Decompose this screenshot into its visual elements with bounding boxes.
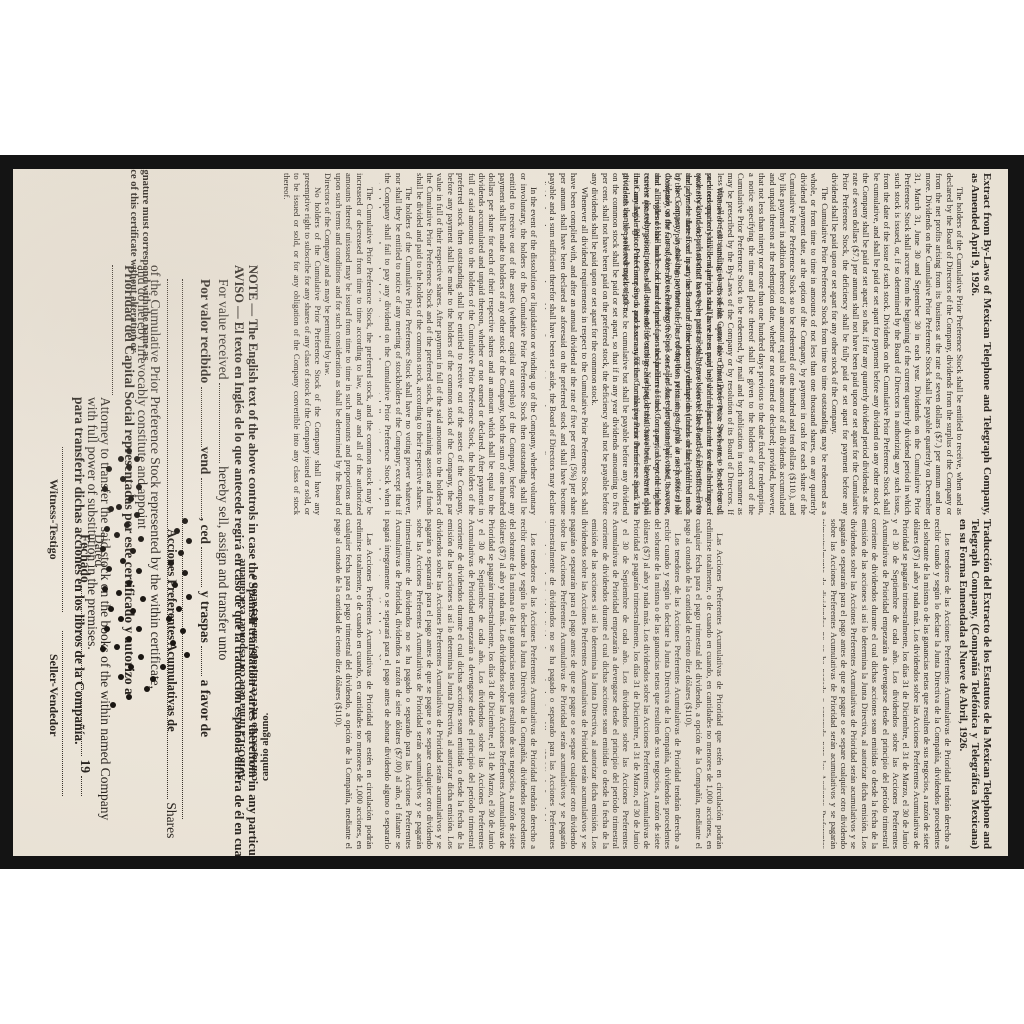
seller-label: Seller-Vendedor xyxy=(46,654,61,736)
english-paragraph-3: Whenever full cumulative dividends upon … xyxy=(590,173,725,515)
english-paragraph-6: The holders of the Cumulative Prior Pref… xyxy=(379,173,414,515)
perforation-dot xyxy=(114,644,120,650)
english-extract-column-1: Extract from By-Laws of Mexican Telephon… xyxy=(823,173,993,515)
perforation-dot xyxy=(138,536,144,542)
aviso-signature-notice: AVISO: La firma debe corresponder exacta… xyxy=(237,551,272,781)
transfer-line-spanish: Por valor recibido vend , ced y traspas … xyxy=(198,279,213,737)
perforation-dot xyxy=(106,466,112,472)
english-paragraph-1: The holders of the Cumulative Prior Pref… xyxy=(830,173,965,515)
perforation-dot xyxy=(160,664,166,670)
perforation-dot xyxy=(130,608,136,614)
perforation-dot xyxy=(128,664,134,670)
perforation-dot xyxy=(110,702,116,708)
attorney-blank-line[interactable] xyxy=(107,265,125,395)
perforation-dot xyxy=(120,476,126,482)
perforation-dot xyxy=(118,616,124,622)
english-extract-column-3: In the event of the dissolution or liqui… xyxy=(379,173,539,515)
perforation-dot xyxy=(100,546,106,552)
perforation-dot xyxy=(126,464,132,470)
perforation-dot xyxy=(116,590,122,596)
transfer-line-english: For value received hereby sell, assign a… xyxy=(216,279,231,660)
perforation-dot xyxy=(136,568,142,574)
spanish-paragraph-2b: Las Acciones Preferentes Acumulativas de… xyxy=(683,519,725,849)
perforation-dot xyxy=(186,594,192,600)
perforation-dot xyxy=(150,676,156,682)
perforation-dot xyxy=(166,616,172,622)
perforation-dot xyxy=(126,448,132,454)
perforation-dot xyxy=(102,586,108,592)
perforation-dot xyxy=(184,652,190,658)
perforation-dot xyxy=(100,646,106,652)
perforation-dot xyxy=(106,566,112,572)
buyer-blank[interactable] xyxy=(219,383,230,463)
perforation-dot xyxy=(174,528,180,534)
perforation-dot xyxy=(172,582,178,588)
year-blank[interactable] xyxy=(81,776,92,796)
perforation-dot xyxy=(118,674,124,680)
perforation-dot xyxy=(124,522,130,528)
perforation-dot xyxy=(134,456,140,462)
perforation-dot xyxy=(176,606,182,612)
english-extract-heading: Extract from By-Laws of Mexican Telephon… xyxy=(969,173,993,515)
perforation-dot xyxy=(104,626,110,632)
spanish-extract-heading: Traducción del Extracto de los Estatutos… xyxy=(957,519,993,849)
perforation-dot xyxy=(130,548,136,554)
english-paragraph-7: The Cumulative Prior Preference Stock, t… xyxy=(323,173,375,515)
transferee-blank-line[interactable] xyxy=(177,279,195,819)
perforation-dot xyxy=(126,694,132,700)
perforation-dot xyxy=(170,640,176,646)
spanish-paragraph-1b: Los tenedores de las Acciones Preferente… xyxy=(545,519,683,849)
spanish-extract-column-4: Las Acciones Preferentes Acumulativas de… xyxy=(260,519,375,849)
perforation-dot xyxy=(180,628,186,634)
perforation-dot xyxy=(136,484,142,490)
perforation-dot xyxy=(108,506,114,512)
perforation-dot xyxy=(102,486,108,492)
spanish-paragraph-1c: Los tenedores de las Acciones Preferente… xyxy=(379,519,539,849)
perforation-dot xyxy=(138,654,144,660)
perforation-dot xyxy=(126,636,132,642)
spanish-extract-column-1: Traducción del Extracto de los Estatutos… xyxy=(823,519,993,849)
ced-blank[interactable] xyxy=(201,478,212,518)
perforation-dot xyxy=(114,532,120,538)
fechado-field: Fechado 19 xyxy=(78,534,93,796)
perforation-dot xyxy=(178,550,184,556)
english-extract-column-4: The Cumulative Prior Preference Stock, t… xyxy=(260,173,375,515)
witness-label: Witness-Testigo xyxy=(46,479,61,560)
vend-blank[interactable] xyxy=(201,387,212,447)
english-paragraph-4: Whenever all dividend requirements in re… xyxy=(545,173,590,515)
perforation-dot xyxy=(182,518,188,524)
spanish-extract-column-3: Los tenedores de las Acciones Preferente… xyxy=(379,519,539,849)
perforation-dot xyxy=(168,560,174,566)
spanish-paragraph-1: Los tenedores de las Acciones Preferente… xyxy=(823,519,953,849)
spanish-paragraph-2c: Las Acciones Preferentes Acumulativas de… xyxy=(333,519,375,849)
english-paragraph-5: In the event of the dissolution or liqui… xyxy=(414,173,539,515)
perforation-dot xyxy=(108,606,114,612)
perforation-dot xyxy=(116,504,122,510)
perforation-dot xyxy=(144,686,150,692)
traspas-blank[interactable] xyxy=(201,547,212,587)
date-blank[interactable] xyxy=(81,586,92,756)
perforation-dot xyxy=(140,596,146,602)
english-paragraph-8: No holders of the Cumulative Prior Prefe… xyxy=(281,173,323,515)
perforation-dot xyxy=(126,580,132,586)
perforation-dot xyxy=(186,538,192,544)
english-extract-column-2: Whenever full cumulative dividends upon … xyxy=(545,173,725,515)
perforation-dot xyxy=(136,626,142,632)
spanish-extract-column-2: Las Acciones Preferentes Acumulativas de… xyxy=(545,519,725,849)
perforation-dot xyxy=(182,570,188,576)
favor-blank[interactable] xyxy=(201,646,212,676)
perforation-dot xyxy=(134,512,140,518)
certificate-back-paper: Extract from By-Laws of Mexican Telephon… xyxy=(13,169,1008,856)
perforation-dot xyxy=(104,526,110,532)
perforation-dot xyxy=(118,456,124,462)
perforation-dot xyxy=(128,496,134,502)
perforation-dot xyxy=(120,558,126,564)
